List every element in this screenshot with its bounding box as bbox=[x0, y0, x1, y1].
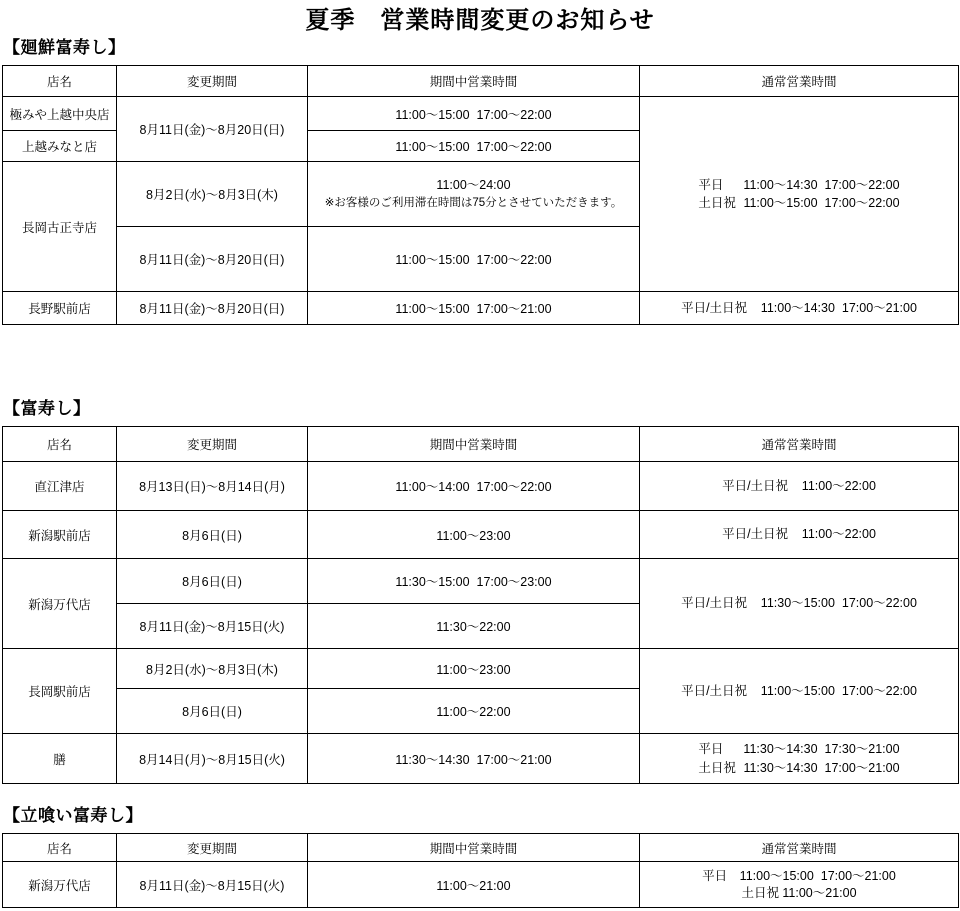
table-row: 長岡駅前店8月2日(水)～8月3日(木)11:00～23:00平日/土日祝11:… bbox=[3, 649, 959, 689]
store-name: 長岡駅前店 bbox=[3, 649, 117, 734]
normal-hours: 平日 11:00～15:00 17:00～21:00土日祝 11:00～21:0… bbox=[640, 862, 959, 908]
change-period: 8月11日(金)～8月15日(火) bbox=[117, 604, 308, 649]
period-hours: 11:00～15:00 17:00～22:00 bbox=[308, 227, 640, 292]
hours-table-kaisen: 店名変更期間期間中営業時間通常営業時間極みや上越中央店8月11日(金)～8月20… bbox=[2, 65, 959, 325]
period-hours: 11:00～14:00 17:00～22:00 bbox=[308, 462, 640, 511]
page-title: 夏季 営業時間変更のお知らせ bbox=[2, 6, 958, 36]
normal-hours: 平日/土日祝11:00～22:00 bbox=[640, 462, 959, 511]
column-header: 変更期間 bbox=[117, 427, 308, 462]
notice-document: 夏季 営業時間変更のお知らせ 【廻鮮富寿し】 店名変更期間期間中営業時間通常営業… bbox=[0, 6, 960, 908]
header-row: 店名変更期間期間中営業時間通常営業時間 bbox=[3, 834, 959, 862]
table-row: 新潟万代店8月6日(日)11:30～15:00 17:00～23:00平日/土日… bbox=[3, 559, 959, 604]
column-header: 期間中営業時間 bbox=[308, 834, 640, 862]
store-name: 極みや上越中央店 bbox=[3, 97, 117, 131]
change-period: 8月6日(日) bbox=[117, 689, 308, 734]
table-row: 直江津店8月13日(日)～8月14日(月)11:00～14:00 17:00～2… bbox=[3, 462, 959, 511]
period-hours: 11:30～22:00 bbox=[308, 604, 640, 649]
hours-table-tomizushi: 店名変更期間期間中営業時間通常営業時間直江津店8月13日(日)～8月14日(月)… bbox=[2, 426, 959, 784]
period-hours: 11:00～21:00 bbox=[308, 862, 640, 908]
column-header: 変更期間 bbox=[117, 66, 308, 97]
table-row: 新潟駅前店8月6日(日)11:00～23:00平日/土日祝11:00～22:00 bbox=[3, 511, 959, 559]
table-row: 新潟万代店8月11日(金)～8月15日(火)11:00～21:00平日 11:0… bbox=[3, 862, 959, 908]
change-period: 8月13日(日)～8月14日(月) bbox=[117, 462, 308, 511]
period-hours: 11:30～15:00 17:00～23:00 bbox=[308, 559, 640, 604]
period-hours: 11:00～23:00 bbox=[308, 511, 640, 559]
store-name: 上越みなと店 bbox=[3, 131, 117, 162]
period-hours: 11:00～15:00 17:00～22:00 bbox=[308, 131, 640, 162]
column-header: 通常営業時間 bbox=[640, 834, 959, 862]
store-name: 新潟万代店 bbox=[3, 862, 117, 908]
section-heading: 【富寿し】 bbox=[3, 399, 958, 419]
period-hours: 11:00～15:00 17:00～22:00 bbox=[308, 97, 640, 131]
column-header: 通常営業時間 bbox=[640, 66, 959, 97]
section-kaisen-tomizushi: 【廻鮮富寿し】 店名変更期間期間中営業時間通常営業時間極みや上越中央店8月11日… bbox=[2, 38, 958, 325]
column-header: 店名 bbox=[3, 427, 117, 462]
normal-hours: 平日/土日祝11:30～15:00 17:00～22:00 bbox=[640, 559, 959, 649]
store-name: 新潟駅前店 bbox=[3, 511, 117, 559]
change-period: 8月6日(日) bbox=[117, 511, 308, 559]
store-name: 長岡古正寺店 bbox=[3, 162, 117, 292]
change-period: 8月11日(金)～8月20日(日) bbox=[117, 97, 308, 162]
store-name: 直江津店 bbox=[3, 462, 117, 511]
store-name: 膳 bbox=[3, 734, 117, 784]
change-period: 8月11日(金)～8月20日(日) bbox=[117, 227, 308, 292]
period-hours: 11:00～23:00 bbox=[308, 649, 640, 689]
normal-hours: 平日/土日祝11:00～14:30 17:00～21:00 bbox=[640, 292, 959, 325]
change-period: 8月2日(水)～8月3日(木) bbox=[117, 649, 308, 689]
normal-hours: 平日/土日祝11:00～15:00 17:00～22:00 bbox=[640, 649, 959, 734]
period-hours: 11:00～24:00※お客様のご利用滞在時間は75分とさせていただきます。 bbox=[308, 162, 640, 227]
section-heading: 【廻鮮富寿し】 bbox=[3, 38, 958, 58]
period-hours: 11:00～15:00 17:00～21:00 bbox=[308, 292, 640, 325]
hours-table-tachigui: 店名変更期間期間中営業時間通常営業時間新潟万代店8月11日(金)～8月15日(火… bbox=[2, 833, 959, 908]
table-row: 長野駅前店8月11日(金)～8月20日(日)11:00～15:00 17:00～… bbox=[3, 292, 959, 325]
normal-hours: 平日11:00～14:30 17:00～22:00土日祝11:00～15:00 … bbox=[640, 97, 959, 292]
column-header: 期間中営業時間 bbox=[308, 66, 640, 97]
table-row: 膳8月14日(月)～8月15日(火)11:30～14:30 17:00～21:0… bbox=[3, 734, 959, 784]
header-row: 店名変更期間期間中営業時間通常営業時間 bbox=[3, 66, 959, 97]
table-row: 極みや上越中央店8月11日(金)～8月20日(日)11:00～15:00 17:… bbox=[3, 97, 959, 131]
period-hours: 11:00～22:00 bbox=[308, 689, 640, 734]
column-header: 期間中営業時間 bbox=[308, 427, 640, 462]
column-header: 通常営業時間 bbox=[640, 427, 959, 462]
change-period: 8月11日(金)～8月20日(日) bbox=[117, 292, 308, 325]
column-header: 変更期間 bbox=[117, 834, 308, 862]
section-heading: 【立喰い富寿し】 bbox=[3, 806, 958, 826]
change-period: 8月6日(日) bbox=[117, 559, 308, 604]
section-tomizushi: 【富寿し】 店名変更期間期間中営業時間通常営業時間直江津店8月13日(日)～8月… bbox=[2, 399, 958, 784]
period-hours: 11:30～14:30 17:00～21:00 bbox=[308, 734, 640, 784]
store-name: 長野駅前店 bbox=[3, 292, 117, 325]
normal-hours: 平日11:30～14:30 17:30～21:00土日祝11:30～14:30 … bbox=[640, 734, 959, 784]
column-header: 店名 bbox=[3, 834, 117, 862]
change-period: 8月2日(水)～8月3日(木) bbox=[117, 162, 308, 227]
change-period: 8月14日(月)～8月15日(火) bbox=[117, 734, 308, 784]
normal-hours: 平日/土日祝11:00～22:00 bbox=[640, 511, 959, 559]
section-tachigui-tomizushi: 【立喰い富寿し】 店名変更期間期間中営業時間通常営業時間新潟万代店8月11日(金… bbox=[2, 806, 958, 908]
store-name: 新潟万代店 bbox=[3, 559, 117, 649]
column-header: 店名 bbox=[3, 66, 117, 97]
header-row: 店名変更期間期間中営業時間通常営業時間 bbox=[3, 427, 959, 462]
change-period: 8月11日(金)～8月15日(火) bbox=[117, 862, 308, 908]
